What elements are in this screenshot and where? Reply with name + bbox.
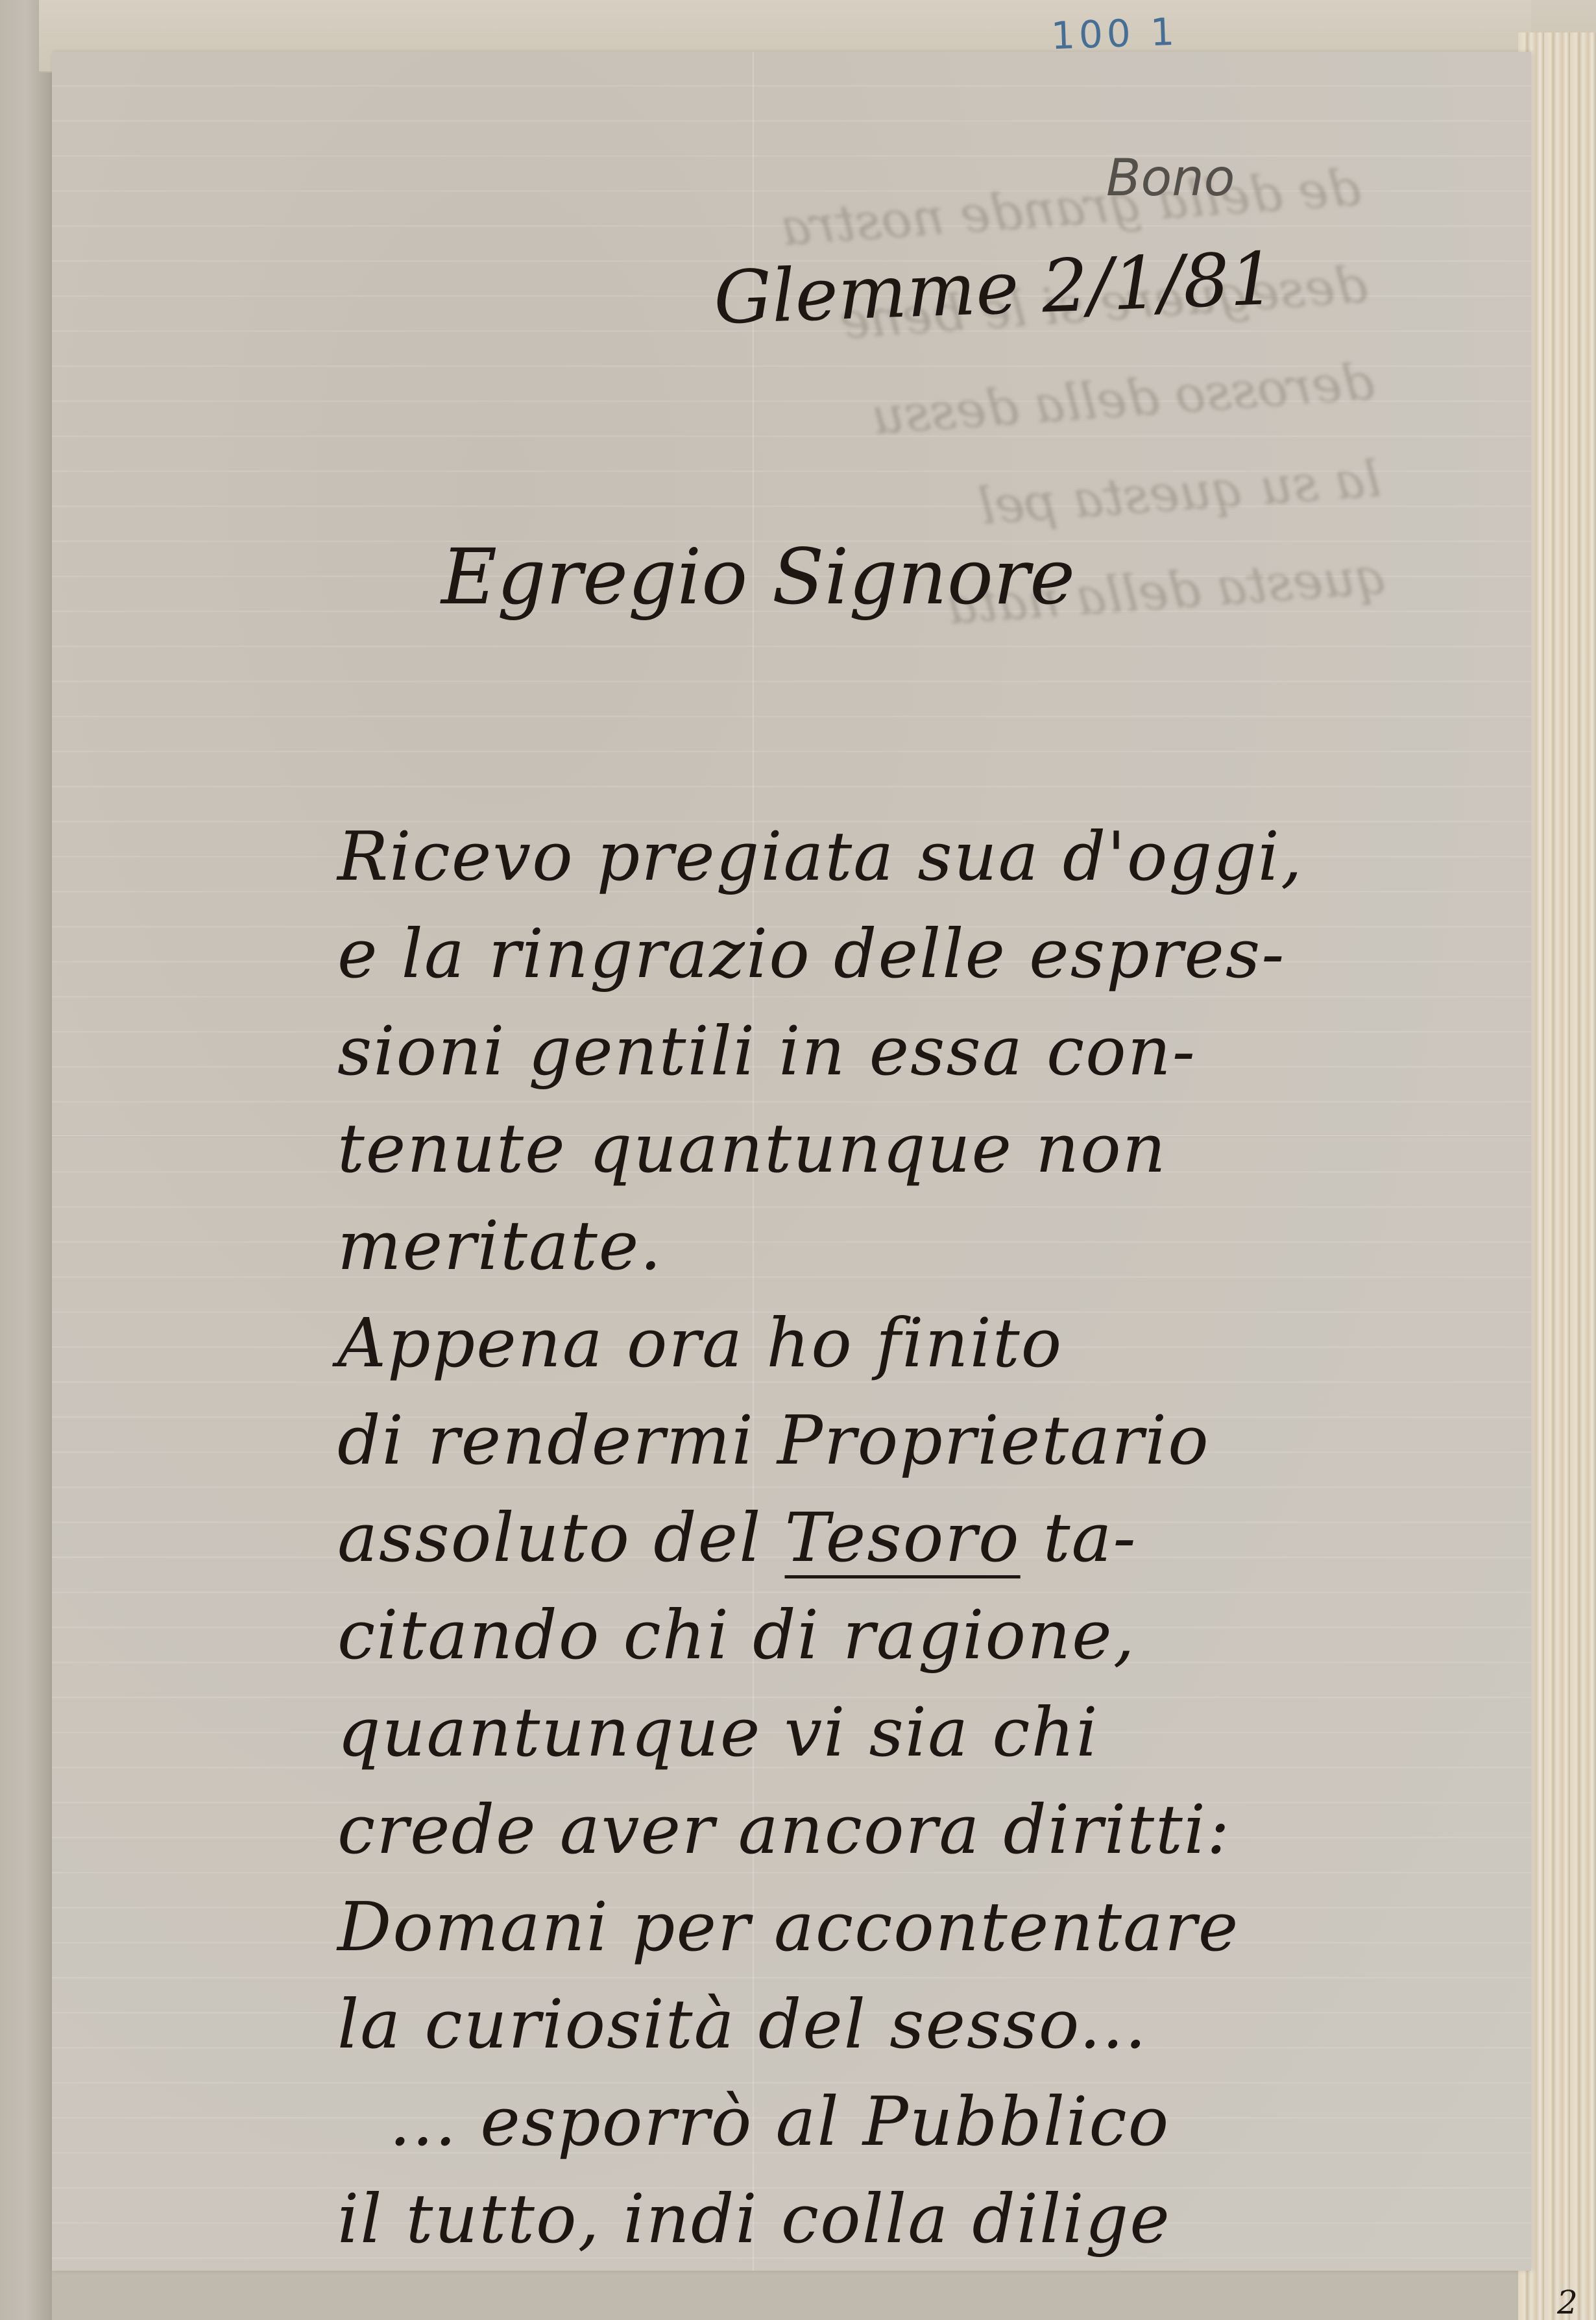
body-line: Domani per accontentare (337, 1878, 1583, 1976)
letter-body: Ricevo pregiata sua d'oggi, e la ringraz… (337, 808, 1583, 2267)
bleed-through-text: de della grande nostra deseguere si le b… (127, 139, 1391, 711)
folder-number: 100 1 (1050, 10, 1179, 58)
body-text: ta- (1021, 1498, 1137, 1577)
body-line: il tutto, indi colla dilige (337, 2170, 1583, 2267)
page-number: 2 (1557, 2284, 1578, 2320)
body-line: assoluto del Tesoro ta- (337, 1489, 1583, 1586)
letter-sheet: de della grande nostra deseguere si le b… (52, 52, 1531, 2271)
body-text: assoluto del (337, 1498, 785, 1577)
body-line: Ricevo pregiata sua d'oggi, (337, 808, 1583, 905)
body-line: e la ringrazio delle espres- (337, 905, 1583, 1002)
underlined-word: Tesoro (785, 1498, 1021, 1577)
place-and-date: Glemme 2/1/81 (712, 237, 1277, 341)
ghost-line: derosso della dessu (141, 333, 1377, 516)
body-line: quantunque vi sia chi (337, 1684, 1583, 1781)
body-line: Appena ora ho finito (337, 1294, 1583, 1392)
body-line: di rendermi Proprietario (337, 1392, 1583, 1489)
pencil-archive-note: Bono (1106, 149, 1235, 208)
body-line: meritate. (337, 1197, 1583, 1294)
body-line: tenute quantunque non (337, 1100, 1583, 1197)
body-line: la curiosità del sesso... (337, 1976, 1583, 2073)
body-line: sioni gentili in essa con- (337, 1002, 1583, 1100)
salutation: Egregio Signore (441, 532, 1075, 622)
body-line: ... esporrò al Pubblico (337, 2073, 1583, 2170)
body-line: crede aver ancora diritti: (337, 1781, 1583, 1878)
body-line: citando chi di ragione, (337, 1586, 1583, 1684)
